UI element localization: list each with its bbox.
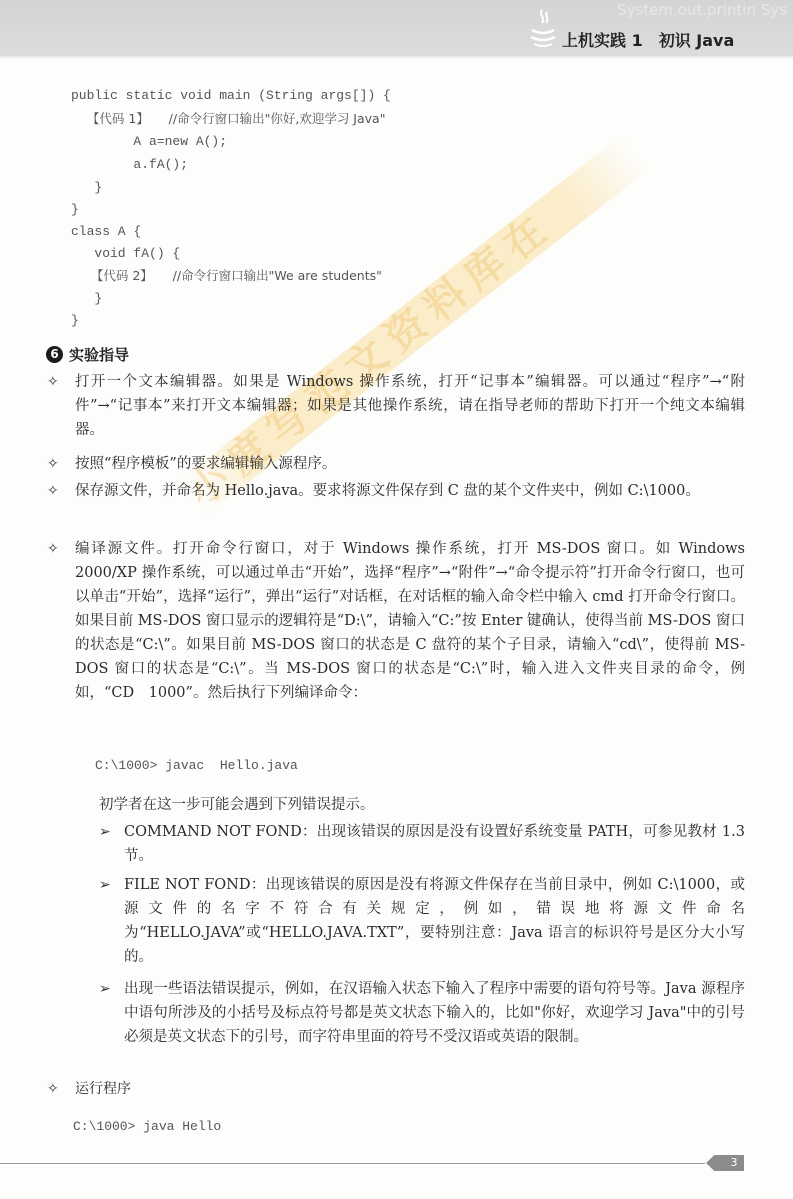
page-number: 3 [724, 1155, 744, 1171]
diamond-bullet-icon: ✧ [47, 456, 59, 472]
code-line: } [71, 178, 102, 198]
section-number-badge: 6 [46, 346, 63, 363]
code-line: a.fA(); [71, 155, 188, 175]
diamond-bullet-icon: ✧ [47, 1081, 59, 1097]
step-paragraph: 按照“程序模板”的要求编辑输入源程序。 [75, 452, 745, 476]
step-paragraph: 保存源文件，并命名为 Hello.java。要求将源文件保存到 C 盘的某个文件… [75, 479, 745, 503]
arrow-bullet-icon: ➢ [99, 824, 111, 840]
code-line: } [71, 311, 79, 331]
errors-intro: 初学者在这一步可能会遇到下列错误提示。 [99, 793, 745, 817]
step-paragraph: 打开一个文本编辑器。如果是 Windows 操作系统，打开“记事本”编辑器。可以… [75, 370, 745, 442]
error-item: 出现一些语法错误提示，例如，在汉语输入状态下输入了程序中需要的语句符号等。Jav… [124, 977, 745, 1049]
arrow-bullet-icon: ➢ [99, 981, 111, 997]
java-coffee-cup-icon [528, 6, 558, 50]
diamond-bullet-icon: ✧ [47, 541, 59, 557]
step-paragraph: 编译源文件。打开命令行窗口，对于 Windows 操作系统，打开 MS-DOS … [75, 537, 745, 705]
chapter-title: 上机实践 1 初识 Java [562, 28, 734, 51]
code-line-text: 【代码 2】 //命令行窗口输出"We are students" [71, 268, 382, 283]
code-line: 【代码 2】 //命令行窗口输出"We are students" [71, 266, 382, 287]
running-header: System.out.printin System.out.printin 上机… [0, 0, 793, 58]
code-line: public static void main (String args[]) … [71, 86, 391, 106]
diamond-bullet-icon: ✧ [47, 374, 59, 390]
footer-rule [0, 1163, 705, 1164]
code-line: A a=new A(); [71, 132, 227, 152]
header-background-text: System.out.printin System.out.printin [617, 2, 787, 18]
run-step: 运行程序 [75, 1077, 375, 1101]
code-line: class A { [71, 222, 141, 242]
page-number-tag: 3 [706, 1155, 744, 1171]
code-line: void fA() { [71, 244, 180, 264]
code-line-text: 【代码 1】 //命令行窗口输出"你好,欢迎学习 Java" [71, 111, 385, 126]
compile-command: C:\1000> javac Hello.java [95, 756, 298, 776]
section-heading: 6 实验指导 [46, 344, 129, 365]
code-line: } [71, 200, 79, 220]
code-line: } [71, 289, 102, 309]
diamond-bullet-icon: ✧ [47, 483, 59, 499]
error-item: FILE NOT FOND：出现该错误的原因是没有将源文件保存在当前目录中，例如… [124, 873, 745, 969]
run-command: C:\1000> java Hello [73, 1117, 221, 1137]
section-title: 实验指导 [69, 344, 129, 365]
error-item: COMMAND NOT FOND：出现该错误的原因是没有设置好系统变量 PATH… [124, 820, 745, 868]
code-line: 【代码 1】 //命令行窗口输出"你好,欢迎学习 Java" [71, 109, 385, 130]
arrow-bullet-icon: ➢ [99, 877, 111, 893]
